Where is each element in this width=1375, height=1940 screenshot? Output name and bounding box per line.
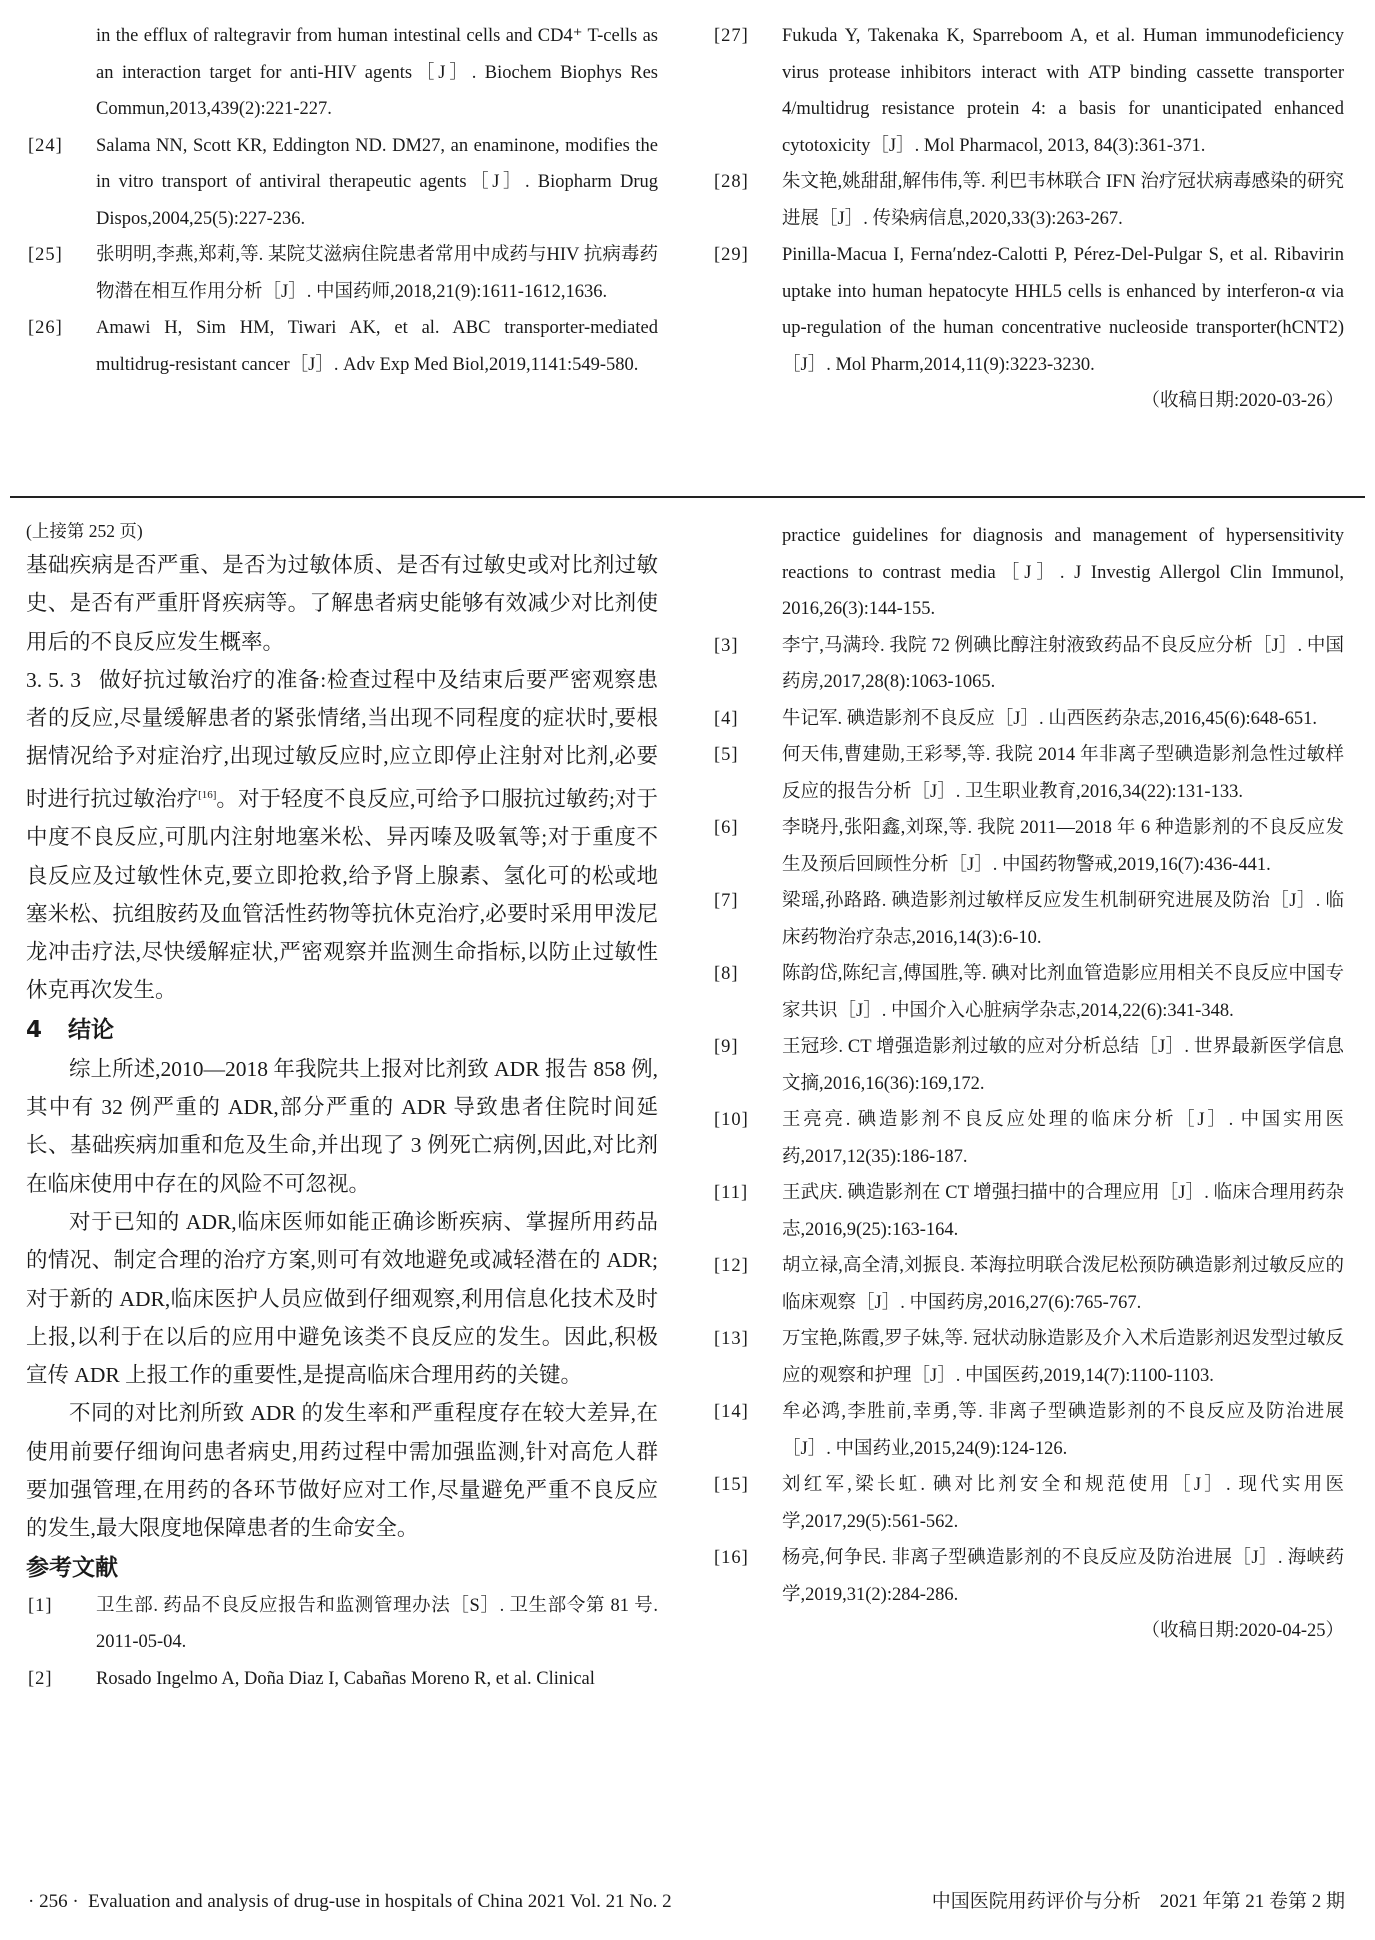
subsection-number: 3. 5. 3 — [26, 668, 81, 692]
reference-text: Amawi H, Sim HM, Tiwari AK, et al. ABC t… — [96, 310, 658, 383]
continued-from-note: (上接第 252 页) — [26, 516, 658, 546]
reference-number: [5] — [712, 737, 782, 810]
reference-number: [29] — [712, 237, 782, 383]
reference-number: [3] — [712, 628, 782, 701]
reference-number: [25] — [26, 237, 96, 310]
bottom-left-column: (上接第 252 页) 基础疾病是否严重、是否为过敏体质、是否有过敏史或对比剂过… — [26, 516, 658, 1697]
reference-text: Salama NN, Scott KR, Eddington ND. DM27,… — [96, 128, 658, 238]
journal-chinese-title: 中国医院用药评价与分析 — [932, 1891, 1141, 1912]
reference-item: [29] Pinilla-Macua I, Ferna′ndez-Calotti… — [712, 237, 1344, 383]
journal-english-title: Evaluation and analysis of drug-use in h… — [88, 1891, 672, 1912]
top-left-column: in the efflux of raltegravir from human … — [26, 18, 658, 383]
section-title: 结论 — [68, 1017, 114, 1043]
top-right-column: [27] Fukuda Y, Takenaka K, Sparreboom A,… — [712, 18, 1344, 420]
bottom-right-column: practice guidelines for diagnosis and ma… — [712, 518, 1344, 1650]
reference-item: [6]李晓丹,张阳鑫,刘琛,等. 我院 2011—2018 年 6 种造影剂的不… — [712, 810, 1344, 883]
reference-number: [28] — [712, 164, 782, 237]
reference-text: Fukuda Y, Takenaka K, Sparreboom A, et a… — [782, 18, 1344, 164]
section-number: 4 — [26, 1010, 68, 1050]
body-paragraph: 基础疾病是否严重、是否为过敏体质、是否有过敏史或对比剂过敏史、是否有严重肝肾疾病… — [26, 546, 658, 661]
reference-item: [1] 卫生部. 药品不良反应报告和监测管理办法［S］. 卫生部令第 81 号.… — [26, 1588, 658, 1661]
reference-text: 王武庆. 碘造影剂在 CT 增强扫描中的合理应用［J］. 临床合理用药杂志,20… — [782, 1175, 1344, 1248]
section-divider — [10, 496, 1365, 498]
reference-item: [10]王亮亮. 碘造影剂不良反应处理的临床分析［J］. 中国实用医药,2017… — [712, 1102, 1344, 1175]
reference-text: 卫生部. 药品不良反应报告和监测管理办法［S］. 卫生部令第 81 号. 201… — [96, 1588, 658, 1661]
body-paragraph: 对于已知的 ADR,临床医师如能正确诊断疾病、掌握所用药品的情况、制定合理的治疗… — [26, 1203, 658, 1394]
reference-number: [11] — [712, 1175, 782, 1248]
reference-text: 张明明,李燕,郑莉,等. 某院艾滋病住院患者常用中成药与HIV 抗病毒药物潜在相… — [96, 237, 658, 310]
reference-text: 梁瑶,孙路路. 碘造影剂过敏样反应发生机制研究进展及防治［J］. 临床药物治疗杂… — [782, 883, 1344, 956]
reference-number: [6] — [712, 810, 782, 883]
reference-number: [24] — [26, 128, 96, 238]
reference-text: 刘红军,梁长虹. 碘对比剂安全和规范使用［J］. 现代实用医学,2017,29(… — [782, 1467, 1344, 1540]
reference-item: [26] Amawi H, Sim HM, Tiwari AK, et al. … — [26, 310, 658, 383]
reference-item: [9]王冠珍. CT 增强造影剂过敏的应对分析总结［J］. 世界最新医学信息文摘… — [712, 1029, 1344, 1102]
reference-item: [3]李宁,马满玲. 我院 72 例碘比醇注射液致药品不良反应分析［J］. 中国… — [712, 628, 1344, 701]
reference-item: [2] Rosado Ingelmo A, Doña Diaz I, Cabañ… — [26, 1661, 658, 1698]
reference-item: [16]杨亮,何争民. 非离子型碘造影剂的不良反应及防治进展［J］. 海峡药学,… — [712, 1540, 1344, 1613]
footer-left: · 256 · Evaluation and analysis of drug-… — [28, 1890, 672, 1914]
references-heading: 参考文献 — [26, 1548, 658, 1588]
page-number: · 256 · — [28, 1891, 79, 1912]
footer-right: 中国医院用药评价与分析 2021 年第 21 卷第 2 期 — [932, 1890, 1345, 1914]
reference-text: Rosado Ingelmo A, Doña Diaz I, Cabañas M… — [96, 1661, 658, 1698]
reference-number: [7] — [712, 883, 782, 956]
reference-item: [5]何天伟,曹建勋,王彩琴,等. 我院 2014 年非离子型碘造影剂急性过敏样… — [712, 737, 1344, 810]
reference-number: [26] — [26, 310, 96, 383]
reference-item: [27] Fukuda Y, Takenaka K, Sparreboom A,… — [712, 18, 1344, 164]
issue-info: 2021 年第 21 卷第 2 期 — [1160, 1891, 1345, 1912]
reference-item: [13]万宝艳,陈霞,罗子妹,等. 冠状动脉造影及介入术后造影剂迟发型过敏反应的… — [712, 1321, 1344, 1394]
reference-text: 朱文艳,姚甜甜,解伟伟,等. 利巴韦林联合 IFN 治疗冠状病毒感染的研究进展［… — [782, 164, 1344, 237]
body-paragraph: 不同的对比剂所致 ADR 的发生率和严重程度存在较大差异,在使用前要仔细询问患者… — [26, 1394, 658, 1547]
reference-text: 王亮亮. 碘造影剂不良反应处理的临床分析［J］. 中国实用医药,2017,12(… — [782, 1102, 1344, 1175]
reference-continuation: practice guidelines for diagnosis and ma… — [712, 518, 1344, 628]
reference-text: 李晓丹,张阳鑫,刘琛,等. 我院 2011—2018 年 6 种造影剂的不良反应… — [782, 810, 1344, 883]
reference-text: 陈韵岱,陈纪言,傅国胜,等. 碘对比剂血管造影应用相关不良反应中国专家共识［J］… — [782, 956, 1344, 1029]
reference-item: [14]牟必鸿,李胜前,幸勇,等. 非离子型碘造影剂的不良反应及防治进展［J］.… — [712, 1394, 1344, 1467]
reference-item: [7]梁瑶,孙路路. 碘造影剂过敏样反应发生机制研究进展及防治［J］. 临床药物… — [712, 883, 1344, 956]
body-paragraph: 综上所述,2010—2018 年我院共上报对比剂致 ADR 报告 858 例,其… — [26, 1050, 658, 1203]
reference-text: 王冠珍. CT 增强造影剂过敏的应对分析总结［J］. 世界最新医学信息文摘,20… — [782, 1029, 1344, 1102]
reference-text: 万宝艳,陈霞,罗子妹,等. 冠状动脉造影及介入术后造影剂迟发型过敏反应的观察和护… — [782, 1321, 1344, 1394]
reference-number: [14] — [712, 1394, 782, 1467]
reference-item: [11]王武庆. 碘造影剂在 CT 增强扫描中的合理应用［J］. 临床合理用药杂… — [712, 1175, 1344, 1248]
reference-text: 杨亮,何争民. 非离子型碘造影剂的不良反应及防治进展［J］. 海峡药学,2019… — [782, 1540, 1344, 1613]
citation-mark: [16] — [198, 789, 216, 801]
reference-number: [9] — [712, 1029, 782, 1102]
reference-item: [24] Salama NN, Scott KR, Eddington ND. … — [26, 128, 658, 238]
reference-number: [2] — [26, 1661, 96, 1698]
reference-text: 牟必鸿,李胜前,幸勇,等. 非离子型碘造影剂的不良反应及防治进展［J］. 中国药… — [782, 1394, 1344, 1467]
received-date: （收稿日期:2020-03-26） — [712, 383, 1344, 420]
reference-number: [4] — [712, 701, 782, 738]
reference-number: [27] — [712, 18, 782, 164]
reference-number: [13] — [712, 1321, 782, 1394]
reference-item: [15]刘红军,梁长虹. 碘对比剂安全和规范使用［J］. 现代实用医学,2017… — [712, 1467, 1344, 1540]
reference-text: 何天伟,曹建勋,王彩琴,等. 我院 2014 年非离子型碘造影剂急性过敏样反应的… — [782, 737, 1344, 810]
reference-number: [8] — [712, 956, 782, 1029]
received-date: （收稿日期:2020-04-25） — [712, 1613, 1344, 1650]
reference-text: Pinilla-Macua I, Ferna′ndez-Calotti P, P… — [782, 237, 1344, 383]
reference-text: 李宁,马满玲. 我院 72 例碘比醇注射液致药品不良反应分析［J］. 中国药房,… — [782, 628, 1344, 701]
reference-item: [8]陈韵岱,陈纪言,傅国胜,等. 碘对比剂血管造影应用相关不良反应中国专家共识… — [712, 956, 1344, 1029]
reference-number: [15] — [712, 1467, 782, 1540]
reference-item: [28] 朱文艳,姚甜甜,解伟伟,等. 利巴韦林联合 IFN 治疗冠状病毒感染的… — [712, 164, 1344, 237]
reference-item: [4]牛记军. 碘造影剂不良反应［J］. 山西医药杂志,2016,45(6):6… — [712, 701, 1344, 738]
reference-item: [12]胡立禄,高全清,刘振良. 苯海拉明联合泼尼松预防碘造影剂过敏反应的临床观… — [712, 1248, 1344, 1321]
section-heading-conclusion: 4结论 — [26, 1010, 658, 1050]
reference-text: 牛记军. 碘造影剂不良反应［J］. 山西医药杂志,2016,45(6):648-… — [782, 701, 1344, 738]
reference-number: [1] — [26, 1588, 96, 1661]
reference-item: [25] 张明明,李燕,郑莉,等. 某院艾滋病住院患者常用中成药与HIV 抗病毒… — [26, 237, 658, 310]
subsection-3-5-3: 3. 5. 3 做好抗过敏治疗的准备:检查过程中及结束后要严密观察患者的反应,尽… — [26, 661, 658, 1010]
reference-continuation: in the efflux of raltegravir from human … — [26, 18, 658, 128]
reference-number: [10] — [712, 1102, 782, 1175]
reference-text: 胡立禄,高全清,刘振良. 苯海拉明联合泼尼松预防碘造影剂过敏反应的临床观察［J］… — [782, 1248, 1344, 1321]
body-text: 。对于轻度不良反应,可给予口服抗过敏药;对于中度不良反应,可肌内注射地塞米松、异… — [26, 787, 658, 1002]
reference-number: [12] — [712, 1248, 782, 1321]
reference-number: [16] — [712, 1540, 782, 1613]
